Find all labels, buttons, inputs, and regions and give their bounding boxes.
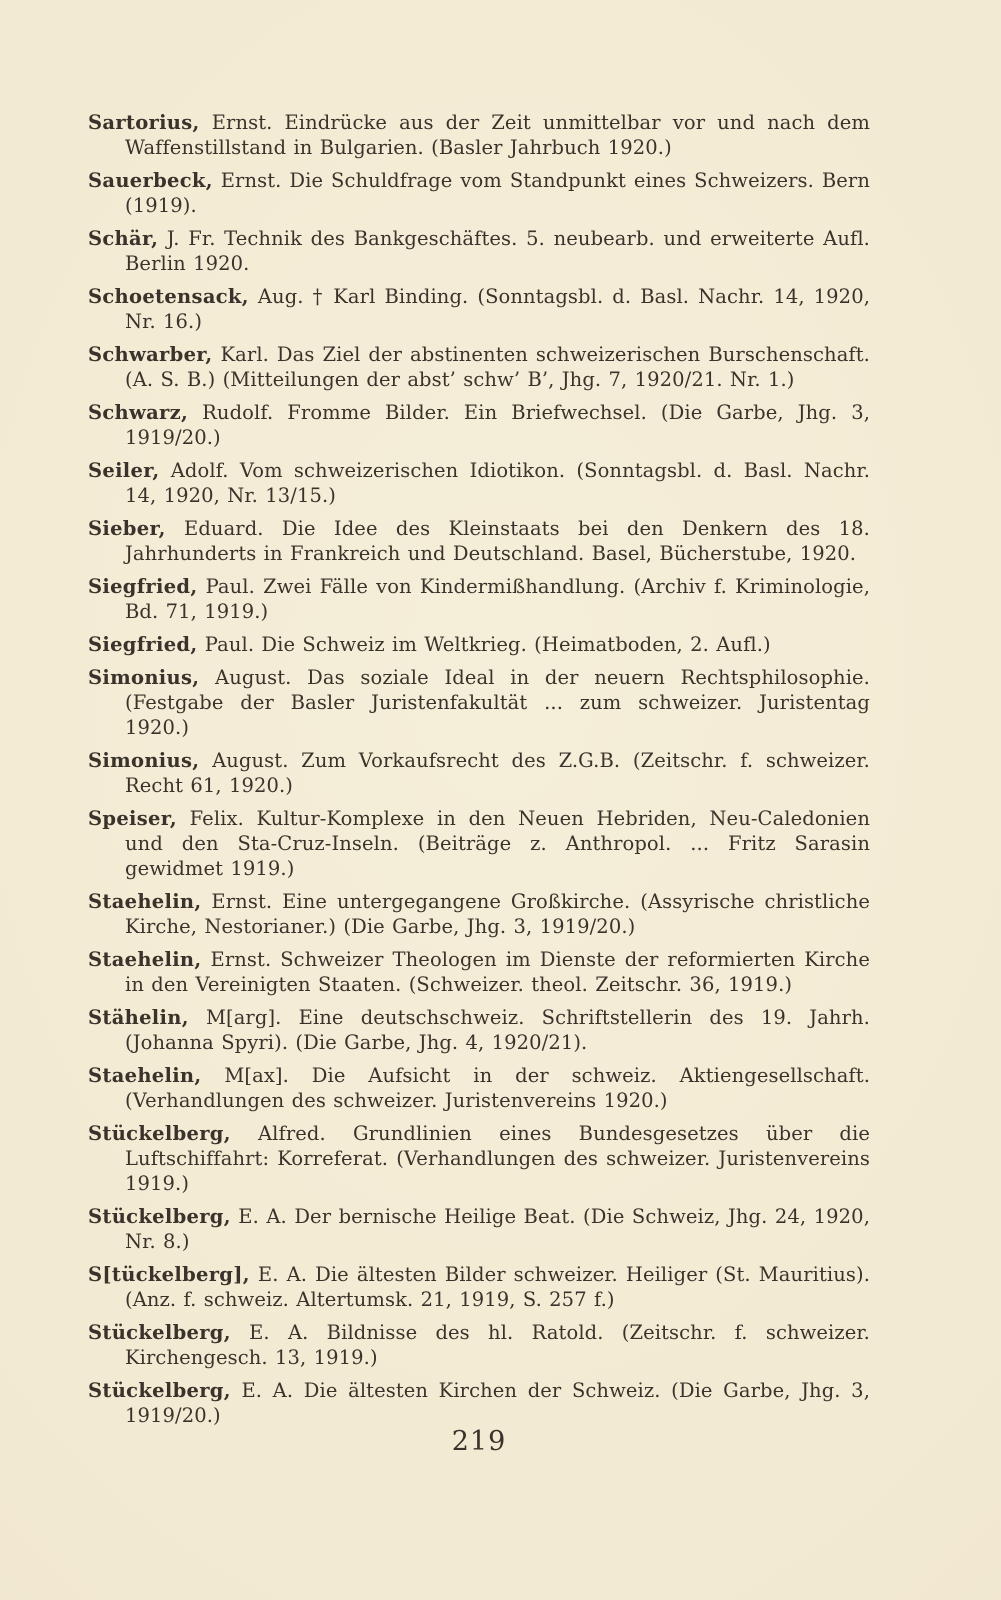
bibliography-entry: Schwarz, Rudolf. Fromme Bilder. Ein Brie… (88, 400, 870, 450)
bibliography-list: Sartorius, Ernst. Eindrücke aus der Zeit… (88, 110, 870, 1436)
bibliography-entry: Stückelberg, Alfred. Grundlinien eines B… (88, 1121, 870, 1196)
entry-text: Felix. Kultur-Komplexe in den Neuen Hebr… (125, 807, 870, 880)
bibliography-entry: Staehelin, Ernst. Schweizer Theologen im… (88, 947, 870, 997)
bibliography-entry: Schär, J. Fr. Technik des Bankgeschäftes… (88, 226, 870, 276)
entry-text: E. A. Bildnisse des hl. Ratold. (Zeitsch… (125, 1321, 870, 1369)
entry-author-name: Schwarz, (88, 401, 188, 424)
entry-author-name: Sartorius, (88, 111, 200, 134)
entry-author-name: Seiler, (88, 459, 159, 482)
entry-text: Alfred. Grundlinien eines Bundesgesetzes… (125, 1122, 870, 1195)
entry-author-name: Stückelberg, (88, 1122, 231, 1145)
entry-text: M[arg]. Eine deutschschweiz. Schriftstel… (125, 1006, 870, 1054)
bibliography-entry: Simonius, August. Das soziale Ideal in d… (88, 665, 870, 740)
bibliography-entry: Sieber, Eduard. Die Idee des Kleinstaats… (88, 516, 870, 566)
entry-author-name: Staehelin, (88, 890, 202, 913)
entry-author-name: Simonius, (88, 666, 199, 689)
bibliography-entry: Siegfried, Paul. Zwei Fälle von Kindermi… (88, 574, 870, 624)
entry-author-name: Simonius, (88, 749, 199, 772)
entry-text: Paul. Zwei Fälle von Kindermißhandlung. … (125, 575, 870, 623)
entry-text: Ernst. Schweizer Theologen im Dienste de… (125, 948, 870, 996)
book-page: Sartorius, Ernst. Eindrücke aus der Zeit… (0, 0, 1001, 1600)
entry-text: M[ax]. Die Aufsicht in der schweiz. Akti… (125, 1064, 870, 1112)
bibliography-entry: Sartorius, Ernst. Eindrücke aus der Zeit… (88, 110, 870, 160)
entry-text: Eduard. Die Idee des Kleinstaats bei den… (125, 517, 870, 565)
entry-text: J. Fr. Technik des Bankgeschäftes. 5. ne… (125, 227, 870, 275)
entry-author-name: Stückelberg, (88, 1379, 231, 1402)
entry-text: E. A. Der bernische Heilige Beat. (Die S… (125, 1205, 870, 1253)
entry-author-name: Speiser, (88, 807, 177, 830)
entry-author-name: Schoetensack, (88, 285, 249, 308)
bibliography-entry: Stückelberg, E. A. Die ältesten Kirchen … (88, 1378, 870, 1428)
bibliography-entry: Simonius, August. Zum Vorkaufsrecht des … (88, 748, 870, 798)
entry-author-name: Staehelin, (88, 1064, 202, 1087)
entry-text: Ernst. Die Schuldfrage vom Standpunkt ei… (125, 169, 870, 217)
entry-text: Ernst. Eindrücke aus der Zeit unmittelba… (125, 111, 870, 159)
bibliography-entry: Schoetensack, Aug. † Karl Binding. (Sonn… (88, 284, 870, 334)
bibliography-entry: Staehelin, M[ax]. Die Aufsicht in der sc… (88, 1063, 870, 1113)
bibliography-entry: Speiser, Felix. Kultur-Komplexe in den N… (88, 806, 870, 881)
bibliography-entry: S[tückelberg], E. A. Die ältesten Bilder… (88, 1262, 870, 1312)
bibliography-entry: Sauerbeck, Ernst. Die Schuldfrage vom St… (88, 168, 870, 218)
entry-text: Paul. Die Schweiz im Weltkrieg. (Heimatb… (205, 633, 771, 656)
bibliography-entry: Seiler, Adolf. Vom schweizerischen Idiot… (88, 458, 870, 508)
entry-text: Adolf. Vom schweizerischen Idiotikon. (S… (125, 459, 870, 507)
entry-author-name: Stückelberg, (88, 1205, 231, 1228)
bibliography-entry: Stückelberg, E. A. Der bernische Heilige… (88, 1204, 870, 1254)
entry-author-name: S[tückelberg], (88, 1263, 250, 1286)
entry-text: Karl. Das Ziel der abstinenten schweizer… (125, 343, 870, 391)
entry-author-name: Sieber, (88, 517, 166, 540)
bibliography-entry: Stähelin, M[arg]. Eine deutschschweiz. S… (88, 1005, 870, 1055)
entry-author-name: Siegfried, (88, 633, 197, 656)
bibliography-entry: Schwarber, Karl. Das Ziel der abstinente… (88, 342, 870, 392)
entry-author-name: Siegfried, (88, 575, 197, 598)
page-number: 219 (88, 1426, 870, 1457)
entry-author-name: Schär, (88, 227, 158, 250)
entry-text: Rudolf. Fromme Bilder. Ein Briefwechsel.… (125, 401, 870, 449)
entry-author-name: Schwarber, (88, 343, 213, 366)
bibliography-entry: Siegfried, Paul. Die Schweiz im Weltkrie… (88, 632, 870, 657)
bibliography-entry: Stückelberg, E. A. Bildnisse des hl. Rat… (88, 1320, 870, 1370)
entry-author-name: Stückelberg, (88, 1321, 231, 1344)
entry-author-name: Stähelin, (88, 1006, 189, 1029)
entry-text: Ernst. Eine untergegangene Großkirche. (… (125, 890, 870, 938)
entry-author-name: Sauerbeck, (88, 169, 213, 192)
entry-text: August. Das soziale Ideal in der neuern … (125, 666, 870, 739)
entry-text: August. Zum Vorkaufsrecht des Z.G.B. (Ze… (125, 749, 870, 797)
entry-author-name: Staehelin, (88, 948, 202, 971)
bibliography-entry: Staehelin, Ernst. Eine untergegangene Gr… (88, 889, 870, 939)
entry-text: E. A. Die ältesten Kirchen der Schweiz. … (125, 1379, 870, 1427)
